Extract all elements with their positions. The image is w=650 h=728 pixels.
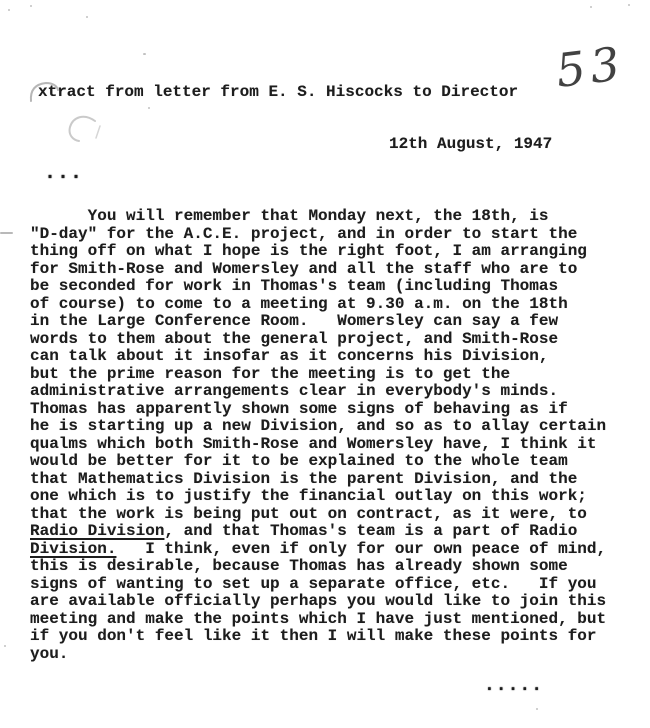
document-page: 53 xtract from letter from E. S. Hiscock…	[0, 0, 650, 728]
scan-speck	[86, 16, 88, 18]
scan-speck	[30, 5, 32, 7]
extract-title: xtract from letter from E. S. Hiscocks t…	[38, 84, 518, 102]
letter-date: 12th August, 1947	[389, 136, 552, 154]
underlined-phrase-radio-division: Radio Division	[30, 522, 164, 540]
pencil-tick	[96, 126, 100, 138]
scan-speck	[536, 708, 538, 710]
pencil-arc-below-title	[70, 117, 95, 141]
scan-speck	[628, 4, 630, 6]
body-text-part2: , and that Thomas's team is a part of Ra…	[164, 522, 577, 540]
scan-speck	[8, 9, 10, 11]
scan-speck	[4, 645, 6, 647]
scan-speck	[148, 107, 150, 109]
omission-dots-top: ...	[44, 165, 83, 183]
scan-speck	[143, 53, 146, 55]
letter-body: You will remember that Monday next, the …	[30, 208, 606, 663]
scan-speck	[590, 6, 592, 8]
handwritten-page-number: 53	[553, 36, 628, 98]
body-text-part1: You will remember that Monday next, the …	[30, 207, 606, 523]
omission-dots-bottom: .....	[484, 678, 543, 696]
underlined-word-division: Division.	[30, 540, 116, 558]
body-text-part3: I think, even if only for our own peace …	[30, 540, 606, 663]
